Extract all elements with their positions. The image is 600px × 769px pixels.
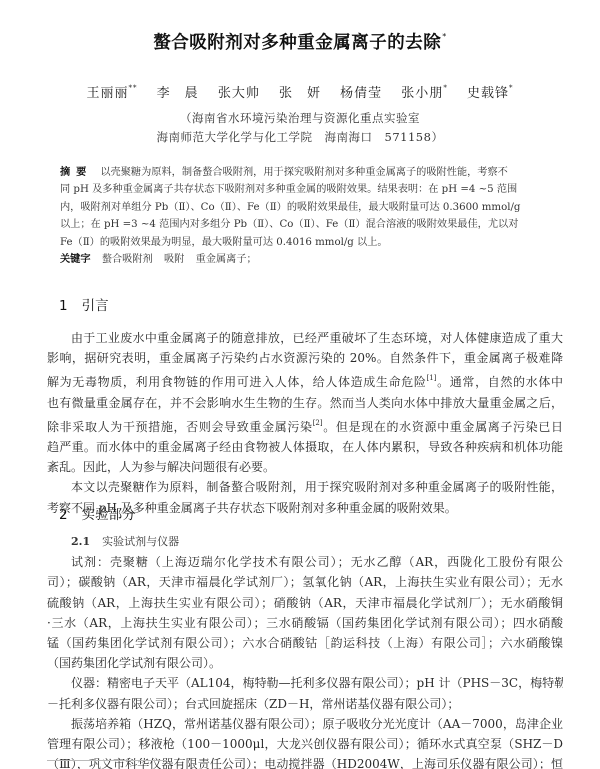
paragraph-line: 试剂：壳聚糖（上海迈瑞尔化学技术有限公司）；无水乙醇（AR，西陇化工股份有限公 (47, 552, 563, 572)
abstract-line: 以上；在 pH =3 ~4 范围内对多组分 Pb（Ⅱ）、Co（Ⅱ）、Fe（Ⅱ）混… (60, 216, 558, 233)
abstract-line: 同 pH 及多种重金属离子共存状态下吸附剂对多种重金属的吸附效果。结果表明：在 … (60, 181, 558, 198)
subsection-heading: 2.1实验试剂与仪器 (47, 532, 563, 552)
paragraph-line: 司）；碳酸钠（AR，天津市福晨化学试剂厂）；氢氧化钠（AR，上海扶生实业有限公司… (47, 572, 563, 592)
paragraph-line: 管理有限公司）；移液枪（100－1000μl，大龙兴创仪器有限公司）；循环水式真… (47, 734, 563, 754)
section-number: 1 (59, 298, 68, 314)
section-title: 引言 (82, 298, 109, 314)
abstract-block: 摘要以壳聚糖为原料，制备螯合吸附剂，用于探究吸附剂对多种重金属离子的吸附性能，考… (60, 164, 558, 268)
paragraph-line: 由于工业废水中重金属离子的随意排放，已经严重破坏了生态环境，对人体健康造成了重大 (47, 328, 563, 348)
affiliation-line-1: （海南省水环境污染治理与资源化重点实验室 (0, 110, 600, 126)
paper-page: 螯合吸附剂对多种重金属离子的去除* 王丽丽** 李 晨 张大帅 张 妍 杨倩莹 … (0, 0, 600, 769)
keywords-label: 关键字 (60, 254, 91, 265)
section-title: 实验部分 (82, 507, 136, 523)
abstract-label: 摘要 (60, 167, 92, 178)
section-number: 2 (59, 507, 68, 523)
paragraph-line: 影响，据研究表明，重金属离子污染约占水资源污染的 20%。自然条件下，重金属离子… (47, 348, 563, 368)
paragraph-line: 本文以壳聚糖作为原料，制备螯合吸附剂，用于探究吸附剂对多种重金属离子的吸附性能， (47, 477, 563, 497)
author: 王丽丽** (87, 86, 138, 101)
section-body-introduction: 由于工业废水中重金属离子的随意排放，已经严重破坏了生态环境，对人体健康造成了重大… (47, 328, 563, 518)
section-heading-experimental: 2实验部分 (59, 503, 136, 523)
paragraph-line: （Ⅲ），巩义市科华仪器有限责任公司）；电动搅拌器（HD2004W，上海司乐仪器有… (47, 754, 563, 769)
paragraph-line: 解为无毒物质，利用食物链的作用可进入人体，给人体造成生命危险[1]。通常，自然的… (47, 368, 563, 392)
paragraph-line: 紊乱。因此，人为参与解决问题很有必要。 (47, 457, 563, 477)
paper-title: 螯合吸附剂对多种重金属离子的去除* (0, 29, 600, 54)
author: 李 晨 (157, 86, 199, 101)
abstract-line: Fe（Ⅱ）的吸附效果最为明显，最大吸附量可达 0.4016 mmol/g 以上。 (60, 234, 558, 251)
keyword: 重金属离子； (196, 254, 257, 265)
citation-ref: [2] (313, 419, 323, 427)
keywords-line: 关键字 螯合吸附剂 吸附 重金属离子； (60, 251, 558, 268)
paragraph-line: 仪器：精密电子天平（AL104，梅特勒—托利多仪器有限公司）；pH 计（PHS－… (47, 673, 563, 693)
paragraph-line: 趋严重。而水体中的重金属离子经由食物被人体摄取，在人体内累积，导致各种疾病和机体… (47, 437, 563, 457)
paragraph-line: （国药集团化学试剂有限公司）。 (47, 653, 563, 673)
footnote-rule (47, 760, 167, 761)
keyword: 吸附 (164, 254, 184, 265)
paragraph-line: 锰（国药集团化学试剂有限公司）；六水合硝酸钴［韵运科技（上海）有限公司］；六水硝… (47, 633, 563, 653)
author: 张小朋* (401, 86, 448, 101)
paragraph-line: －托利多仪器有限公司）；台式回旋摇床（ZD－H，常州诺基仪器有限公司）； (47, 694, 563, 714)
author-list: 王丽丽** 李 晨 张大帅 张 妍 杨倩莹 张小朋* 史载锋* (0, 82, 600, 101)
title-text: 螯合吸附剂对多种重金属离子的去除 (153, 33, 441, 53)
abstract-line: 摘要以壳聚糖为原料，制备螯合吸附剂，用于探究吸附剂对多种重金属离子的吸附性能，考… (60, 164, 558, 181)
paragraph-line: ·三水（AR，上海扶生实业有限公司）；三水硝酸镉（国药集团化学试剂有限公司）；四… (47, 613, 563, 633)
paragraph-line: 也有微量重金属存在，并不会影响水生生物的生存。然而当人类向水体中排放大量重金属之… (47, 393, 563, 413)
abstract-line: 内，吸附剂对单组分 Pb（Ⅱ）、Co（Ⅱ）、Fe（Ⅱ）的吸附效果最佳，最大吸附量… (60, 199, 558, 216)
affiliation-line-2: 海南师范大学化学与化工学院 海南海口 571158） (0, 129, 600, 145)
author: 杨倩莹 (340, 86, 382, 101)
section-heading-introduction: 1引言 (59, 294, 109, 314)
author: 张大帅 (218, 86, 260, 101)
keyword: 螯合吸附剂 (102, 254, 153, 265)
paragraph-line: 硫酸钠（AR，上海扶生实业有限公司）；硝酸钠（AR，天津市福晨化学试剂厂）；无水… (47, 593, 563, 613)
paragraph-line: 振荡培养箱（HZQ，常州诺基仪器有限公司）；原子吸收分光光度计（AA－7000，… (47, 714, 563, 734)
author: 史载锋* (467, 86, 514, 101)
paragraph-line: 除非采取人为干预措施，否则会导致重金属污染[2]。但是现在的水资源中重金属离子污… (47, 413, 563, 437)
author: 张 妍 (279, 86, 321, 101)
citation-ref: [1] (427, 374, 437, 382)
section-body-experimental: 2.1实验试剂与仪器 试剂：壳聚糖（上海迈瑞尔化学技术有限公司）；无水乙醇（AR… (47, 532, 563, 769)
title-footnote-mark: * (442, 32, 447, 41)
